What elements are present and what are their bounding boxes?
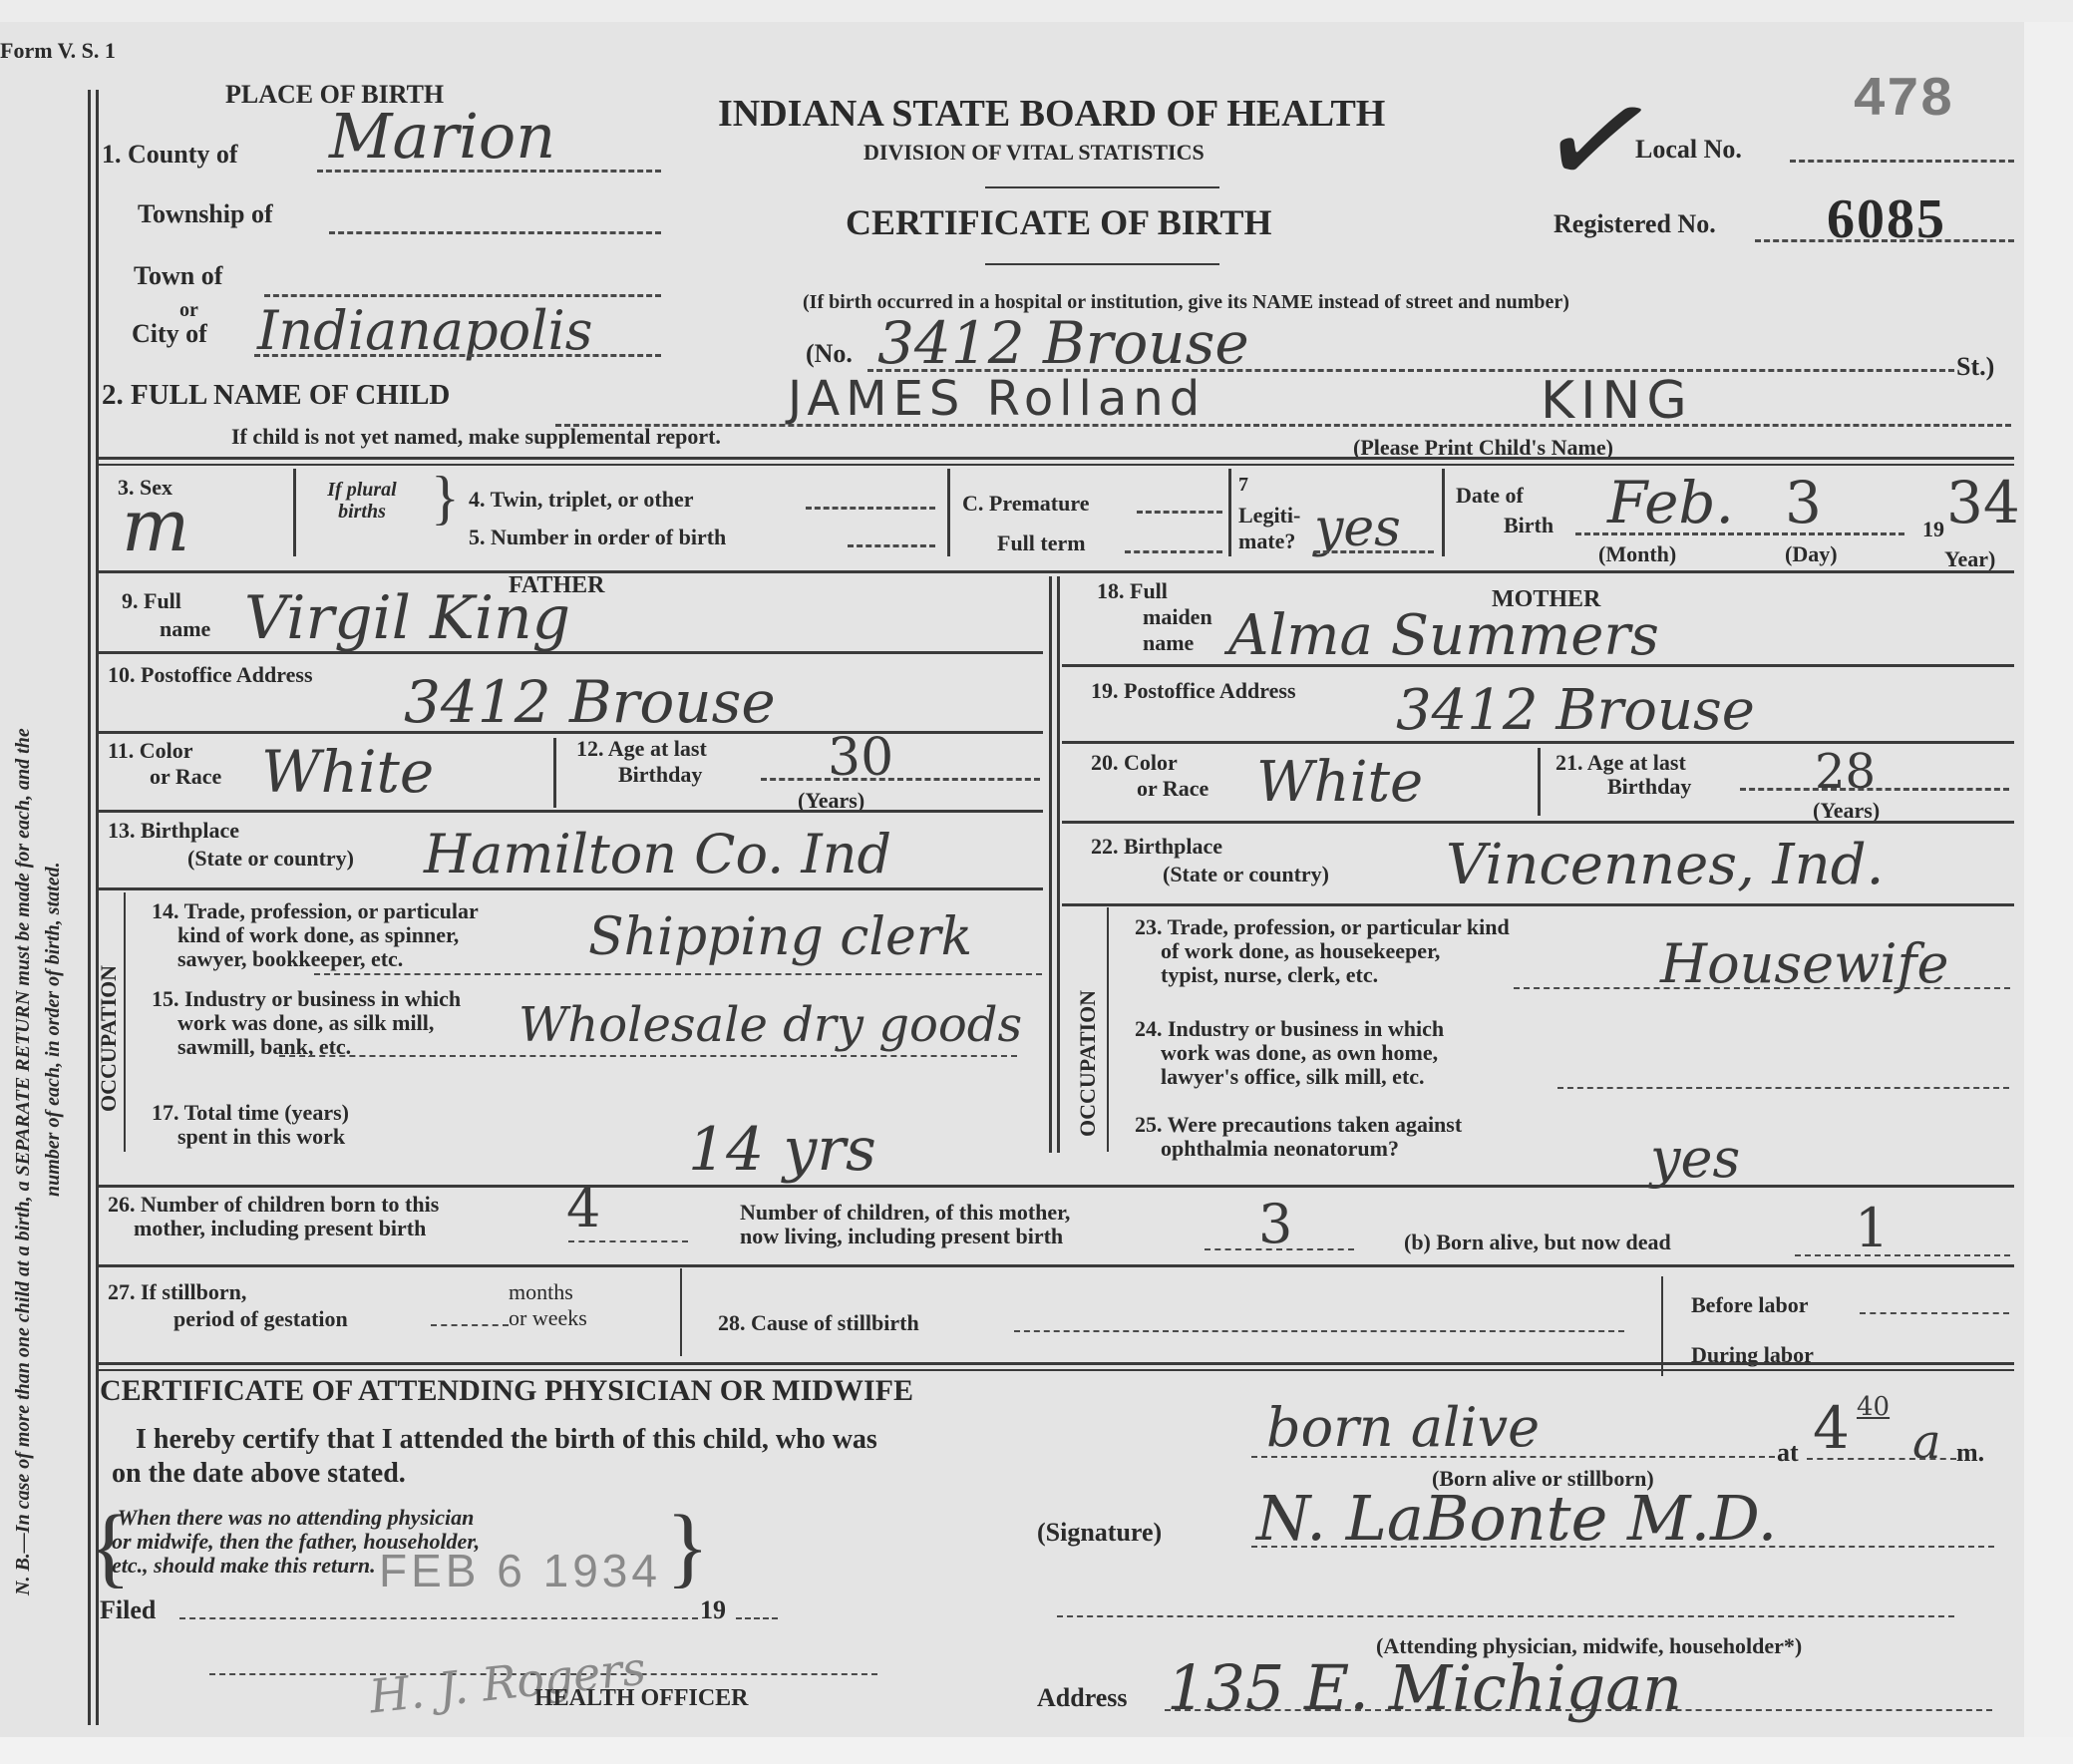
father-occupation-divider bbox=[124, 892, 126, 1152]
father-color-divider bbox=[553, 738, 556, 808]
dob-label-1: Date of bbox=[1456, 483, 1524, 509]
child-last-name[interactable]: KING bbox=[1541, 371, 1693, 431]
mother-industry-label-2: work was done, as own home, bbox=[1135, 1041, 1444, 1065]
father-address[interactable]: 3412 Brouse bbox=[404, 668, 776, 736]
father-name-label-1: 9. Full bbox=[122, 588, 181, 614]
scan-edge bbox=[2024, 0, 2073, 1764]
mother-ophthalmia[interactable]: yes bbox=[1650, 1127, 1740, 1190]
father-name-rule bbox=[96, 651, 1043, 654]
order-field[interactable] bbox=[848, 544, 935, 547]
mother-birthplace-label-2: (State or country) bbox=[1163, 862, 1329, 887]
mother-color-label-1: 20. Color bbox=[1091, 750, 1178, 776]
birth-time-ampm[interactable]: a bbox=[1912, 1414, 1941, 1470]
stillbirth-cause-label: 28. Cause of stillbirth bbox=[718, 1310, 919, 1336]
father-trade-label-3: sawyer, bookkeeper, etc. bbox=[152, 947, 479, 971]
mother-color-divider bbox=[1538, 748, 1541, 816]
children-born-label-1: 26. Number of children born to this bbox=[108, 1193, 439, 1217]
born-status[interactable]: born alive bbox=[1266, 1396, 1540, 1459]
mother-address[interactable]: 3412 Brouse bbox=[1396, 678, 1755, 743]
father-address-label: 10. Postoffice Address bbox=[108, 662, 313, 688]
divider-plural bbox=[947, 469, 950, 556]
border-left-outer bbox=[88, 90, 91, 1725]
father-age-label-2: Birthday bbox=[618, 762, 702, 788]
fullterm-field[interactable] bbox=[1125, 550, 1222, 553]
dob-label-2: Birth bbox=[1504, 513, 1554, 538]
form-id: Form V. S. 1 bbox=[0, 38, 116, 64]
mother-ophthalmia-label: 25. Were precautions taken against ophth… bbox=[1135, 1113, 1462, 1161]
margin-note-line1: N. B.—In case of more than one child at … bbox=[12, 728, 35, 1595]
father-color-label-2: or Race bbox=[150, 764, 221, 790]
filed-year-prefix: 19 bbox=[700, 1595, 726, 1625]
filed-date-stamp: FEB 6 1934 bbox=[379, 1544, 661, 1597]
children-dead-field[interactable] bbox=[1795, 1254, 2010, 1256]
fullterm-label: Full term bbox=[997, 530, 1086, 556]
legit-label-1: Legiti- bbox=[1238, 503, 1300, 529]
mother-name-label-2: maiden bbox=[1143, 604, 1212, 630]
stillborn-divider bbox=[680, 1268, 682, 1356]
street-suffix: St.) bbox=[1956, 352, 1994, 382]
plural-births-label: If plural births bbox=[307, 479, 417, 523]
mother-birthplace-rule bbox=[1062, 903, 2014, 906]
father-trade-label-2: kind of work done, as spinner, bbox=[152, 923, 479, 947]
registered-no-label: Registered No. bbox=[1554, 209, 1716, 239]
children-living-field[interactable] bbox=[1205, 1248, 1354, 1250]
father-trade-label: 14. Trade, profession, or particular kin… bbox=[152, 899, 479, 971]
division-title: DIVISION OF VITAL STATISTICS bbox=[864, 140, 1205, 166]
twin-label: 4. Twin, triplet, or other bbox=[469, 487, 693, 513]
township-label: Township of bbox=[138, 199, 273, 229]
stamp-number: 478 bbox=[1853, 68, 1953, 132]
mother-ophthalmia-label-1: 25. Were precautions taken against bbox=[1135, 1113, 1462, 1137]
mother-name-label-1: 18. Full bbox=[1097, 578, 1168, 604]
father-color-rule bbox=[96, 810, 1043, 813]
stillborn-label-2: period of gestation bbox=[173, 1306, 348, 1332]
premature-field[interactable] bbox=[1137, 511, 1222, 514]
filed-field[interactable] bbox=[179, 1617, 698, 1619]
divider-dob bbox=[96, 570, 2014, 573]
father-address-rule bbox=[96, 731, 1043, 734]
certify-text-2: on the date above stated. bbox=[112, 1458, 406, 1490]
physician-address[interactable]: 135 E. Michigan bbox=[1167, 1651, 1682, 1724]
border-left-inner bbox=[96, 90, 99, 1725]
dob-year-prefix: 19 bbox=[1922, 517, 1944, 542]
dob-field[interactable] bbox=[1575, 532, 1904, 535]
m-label: m. bbox=[1956, 1438, 1984, 1468]
dob-day[interactable]: 3 bbox=[1785, 469, 1822, 536]
father-time-label-2: spent in this work bbox=[152, 1125, 349, 1149]
month-caption: (Month) bbox=[1598, 541, 1676, 567]
title-rule-top bbox=[985, 186, 1219, 188]
mother-ophthalmia-label-2: ophthalmia neonatorum? bbox=[1135, 1137, 1462, 1161]
children-living-label-2: now living, including present birth bbox=[740, 1225, 1070, 1248]
legitimate-value[interactable]: yes bbox=[1314, 499, 1401, 558]
divider-children bbox=[96, 1264, 2014, 1267]
address-label: Address bbox=[1037, 1683, 1128, 1713]
father-industry-label: 15. Industry or business in which work w… bbox=[152, 987, 461, 1059]
filed-label: Filed bbox=[100, 1595, 156, 1625]
mother-name-label-3: name bbox=[1143, 630, 1194, 656]
divider-premature bbox=[1228, 469, 1231, 556]
physician-title-field[interactable] bbox=[1057, 1615, 1954, 1617]
mother-age-field[interactable] bbox=[1740, 788, 2009, 791]
mother-name-rule bbox=[1062, 664, 2014, 667]
birth-time-minutes[interactable]: 40 bbox=[1857, 1392, 1890, 1422]
father-trade-field[interactable] bbox=[314, 973, 1042, 975]
scan-top-edge bbox=[0, 0, 2073, 22]
divider-legit bbox=[1442, 469, 1445, 556]
title-rule-bottom bbox=[985, 263, 1219, 265]
gestation-units: months or weeks bbox=[509, 1279, 587, 1331]
twin-field[interactable] bbox=[806, 507, 935, 510]
city-field[interactable] bbox=[254, 354, 661, 357]
father-color-label-1: 11. Color bbox=[108, 738, 193, 764]
county-field[interactable] bbox=[317, 170, 661, 173]
gestation-weeks-label: or weeks bbox=[509, 1305, 587, 1331]
birth-time-field[interactable] bbox=[1807, 1458, 1956, 1460]
note-brace-right: } bbox=[666, 1496, 709, 1598]
mother-age[interactable]: 28 bbox=[1815, 744, 1876, 800]
town-field[interactable] bbox=[264, 294, 661, 297]
father-age-label-1: 12. Age at last bbox=[576, 736, 707, 762]
divider-parents-bottom bbox=[96, 1185, 2014, 1188]
mother-trade-label-1: 23. Trade, profession, or particular kin… bbox=[1135, 915, 1510, 939]
mother-age-label-2: Birthday bbox=[1607, 774, 1691, 800]
registered-no-field[interactable] bbox=[1755, 239, 2014, 242]
mother-trade-label-3: typist, nurse, clerk, etc. bbox=[1135, 963, 1510, 987]
children-dead[interactable]: 1 bbox=[1855, 1197, 1889, 1259]
day-caption: (Day) bbox=[1785, 541, 1838, 567]
physician-signature[interactable]: N. LaBonte M.D. bbox=[1256, 1482, 1777, 1555]
mother-occupation-side: OCCUPATION bbox=[1075, 990, 1101, 1137]
gestation-months-label: months bbox=[509, 1279, 587, 1305]
divider-sex bbox=[293, 469, 296, 556]
local-no-field[interactable] bbox=[1790, 160, 2014, 163]
mother-occupation-divider bbox=[1107, 907, 1109, 1152]
sex-value[interactable]: m bbox=[122, 484, 189, 567]
children-dead-label: (b) Born alive, but now dead bbox=[1404, 1230, 1671, 1255]
physician-heading: CERTIFICATE OF ATTENDING PHYSICIAN OR MI… bbox=[100, 1374, 913, 1408]
legit-label-2: mate? bbox=[1238, 529, 1295, 554]
children-living-label: Number of children, of this mother, now … bbox=[740, 1201, 1070, 1248]
scan-bottom-edge bbox=[0, 1737, 2073, 1764]
father-industry-field[interactable] bbox=[279, 1055, 1017, 1057]
father-trade-label-1: 14. Trade, profession, or particular bbox=[152, 899, 479, 923]
town-label: Town of bbox=[134, 261, 222, 291]
father-name-label-2: name bbox=[160, 616, 210, 642]
before-labor-field[interactable] bbox=[1860, 1312, 2009, 1314]
certify-text: I hereby certify that I attended the bir… bbox=[136, 1424, 877, 1456]
children-born-label: 26. Number of children born to this moth… bbox=[108, 1193, 439, 1240]
labor-divider bbox=[1661, 1276, 1663, 1376]
mother-trade-field[interactable] bbox=[1514, 987, 2010, 989]
county-label: 1. County of bbox=[102, 140, 238, 170]
mother-color-label-2: or Race bbox=[1137, 776, 1209, 802]
children-born-field[interactable] bbox=[568, 1240, 688, 1242]
no-physician-note-1: When there was no attending physician bbox=[112, 1506, 480, 1530]
children-born[interactable]: 4 bbox=[566, 1177, 600, 1239]
mother-industry-field[interactable] bbox=[1557, 1087, 2009, 1089]
children-born-label-2: mother, including present birth bbox=[108, 1217, 439, 1240]
street-prefix: (No. bbox=[806, 339, 853, 369]
order-label: 5. Number in order of birth bbox=[469, 525, 726, 550]
divider-parents-b bbox=[1057, 576, 1060, 1153]
gestation-field[interactable] bbox=[431, 1324, 509, 1326]
child-name-note: If child is not yet named, make suppleme… bbox=[231, 424, 721, 450]
father-time-label: 17. Total time (years) spent in this wor… bbox=[152, 1101, 349, 1149]
father-birthplace-rule bbox=[96, 887, 1043, 890]
mother-industry-label-1: 24. Industry or business in which bbox=[1135, 1017, 1444, 1041]
divider-parents-a bbox=[1049, 576, 1052, 1153]
signature-field[interactable] bbox=[1251, 1546, 1994, 1548]
health-officer-label: HEALTH OFFICER bbox=[534, 1685, 749, 1712]
local-no-label: Local No. bbox=[1635, 135, 1742, 165]
father-occupation-side: OCCUPATION bbox=[96, 965, 122, 1112]
mother-trade-label-2: of work done, as housekeeper, bbox=[1135, 939, 1510, 963]
before-labor-label: Before labor bbox=[1691, 1292, 1809, 1318]
margin-note-line2: number of each, in order of birth, state… bbox=[42, 862, 65, 1197]
mother-birthplace[interactable]: Vincennes, Ind. bbox=[1446, 833, 1884, 897]
filed-year-field[interactable] bbox=[736, 1617, 778, 1619]
father-birthplace[interactable]: Hamilton Co. Ind bbox=[424, 823, 891, 885]
mother-industry-label-3: lawyer's office, silk mill, etc. bbox=[1135, 1065, 1444, 1089]
child-name-label: 2. FULL NAME OF CHILD bbox=[102, 379, 450, 412]
plural-brace: } bbox=[431, 464, 460, 532]
divider-stillbirth bbox=[96, 1362, 2014, 1371]
dob-year[interactable]: 34 bbox=[1946, 469, 2020, 536]
father-trade[interactable]: Shipping clerk bbox=[588, 907, 972, 967]
father-name[interactable]: Virgil King bbox=[244, 583, 570, 653]
mother-color-rule bbox=[1062, 821, 2014, 824]
stillborn-label-1: 27. If stillborn, bbox=[108, 1279, 246, 1305]
child-first-middle-name[interactable]: JAMES Rolland bbox=[788, 371, 1206, 427]
father-time-label-1: 17. Total time (years) bbox=[152, 1101, 349, 1125]
born-status-field[interactable] bbox=[1251, 1456, 1775, 1458]
father-time[interactable]: 14 yrs bbox=[688, 1115, 876, 1185]
mother-color[interactable]: White bbox=[1256, 750, 1423, 815]
father-birthplace-label-2: (State or country) bbox=[187, 846, 354, 872]
father-color[interactable]: White bbox=[261, 738, 434, 806]
children-living-label-1: Number of children, of this mother, bbox=[740, 1201, 1070, 1225]
signature-label: (Signature) bbox=[1037, 1518, 1162, 1548]
street-value[interactable]: 3412 Brouse bbox=[877, 309, 1249, 377]
children-living[interactable]: 3 bbox=[1258, 1193, 1292, 1255]
mother-name[interactable]: Alma Summers bbox=[1228, 603, 1659, 668]
divider-name bbox=[96, 457, 2014, 466]
mother-trade-label: 23. Trade, profession, or particular kin… bbox=[1135, 915, 1510, 987]
agency-title: INDIANA STATE BOARD OF HEALTH bbox=[718, 92, 1385, 136]
year-caption: Year) bbox=[1944, 546, 1995, 572]
legitimate-field[interactable] bbox=[1314, 550, 1434, 553]
mother-industry-label: 24. Industry or business in which work w… bbox=[1135, 1017, 1444, 1089]
mother-trade[interactable]: Housewife bbox=[1660, 932, 1949, 995]
mother-birthplace-label-1: 22. Birthplace bbox=[1091, 834, 1222, 860]
father-age-field[interactable] bbox=[761, 778, 1040, 781]
child-name-field[interactable] bbox=[555, 424, 2011, 427]
county-value[interactable]: Marion bbox=[329, 100, 555, 173]
father-industry[interactable]: Wholesale dry goods bbox=[518, 997, 1022, 1053]
mother-address-label: 19. Postoffice Address bbox=[1091, 678, 1296, 704]
city-label: City of bbox=[132, 319, 207, 349]
city-value[interactable]: Indianapolis bbox=[257, 299, 592, 362]
stillbirth-cause-field[interactable] bbox=[1014, 1330, 1624, 1332]
dob-month[interactable]: Feb. bbox=[1607, 469, 1734, 536]
at-label: at bbox=[1777, 1438, 1799, 1468]
mother-age-label-1: 21. Age at last bbox=[1555, 750, 1686, 776]
father-industry-label-1: 15. Industry or business in which bbox=[152, 987, 461, 1011]
certificate-title: CERTIFICATE OF BIRTH bbox=[846, 201, 1272, 243]
physician-address-field[interactable] bbox=[1165, 1709, 1992, 1711]
premature-label: C. Premature bbox=[962, 491, 1089, 517]
father-birthplace-label-1: 13. Birthplace bbox=[108, 818, 239, 844]
township-field[interactable] bbox=[329, 231, 661, 234]
father-industry-label-2: work was done, as silk mill, bbox=[152, 1011, 461, 1035]
birth-time-hour[interactable]: 4 bbox=[1813, 1394, 1850, 1462]
legit-num: 7 bbox=[1238, 474, 1248, 497]
